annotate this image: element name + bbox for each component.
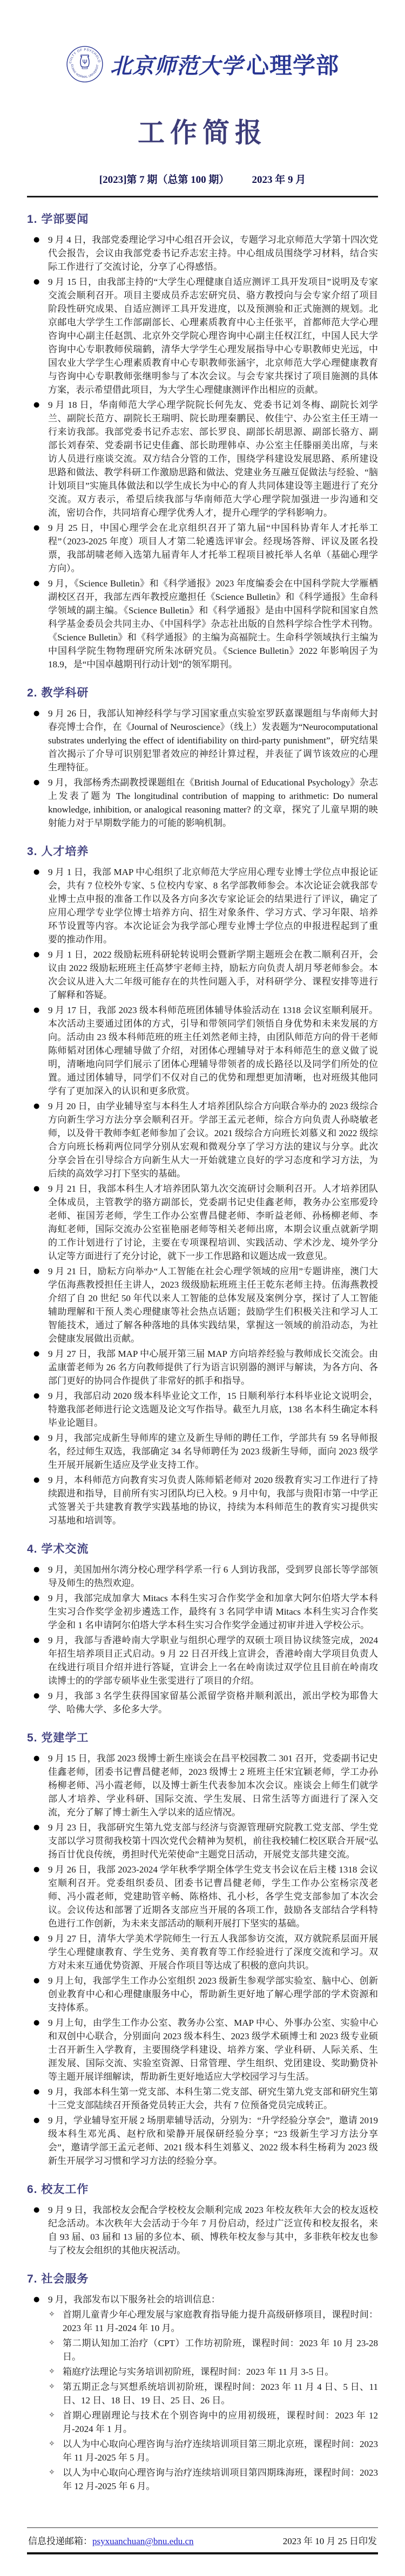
bullet-text: 9 月，我部完成新生导师库的建立及新生导师的聘任工作，学部共有 59 名导师报名… [48,1431,378,1472]
bullet-item: ●9 月 4 日，我部党委理论学习中心组召开会议，专题学习北京师范大学第十四次党… [33,233,378,274]
bullet-item: ●9 月 1 日，我部 MAP 中心组织了北京师范大学应用心理专业博士学位点申报… [33,865,378,946]
bullet-item: ●9 月，我部完成新生导师库的建立及新生导师的聘任工作，学部共有 59 名导师报… [33,1431,378,1472]
bullet-item: ●9 月 15 日，由我部主持的“大学生心理健康自适应测评工具开发项目”说明及专… [33,275,378,397]
issue-date: 2023 年 9 月 [252,174,306,186]
diamond-icon: ✧ [49,2336,63,2363]
section-heading: 4. 学术交流 [27,1540,378,1556]
bullet-text: 9 月 1 日，2022 级励耘班科研轮转说明会暨新学期主题班会在教二顺利召开，… [48,948,378,1002]
bullet-text: 9 月 27 日，我部 MAP 中心展开第三届 MAP 方向培养经验与教师成长交… [48,1347,378,1388]
bullet-text: 9 月 27 日，清华大学美术学院师生一行五人我部参访交流，双方就院系层面开展学… [48,1932,378,1972]
footer: 信息投递邮箱：psyxuanchuan@bnu.edu.cn 2023 年 10… [27,2527,378,2554]
section-heading: 2. 教学科研 [27,684,378,700]
diamond-icon: ✧ [49,2308,63,2335]
bullet-text: 9 月 21 日，我部本科生人才培养团队第九次交流研讨会顺利召开。人才培养团队全… [48,1182,378,1263]
sub-bullet-text: 首期儿童青少年心理发展与家庭教育指导能力提升高级研修项目，课程时间：2023 年… [63,2308,378,2335]
bullet-item: ●9 月，我部完成加拿大 Mitacs 本科生实习合作奖学金和加拿大阿尔伯塔大学… [33,1591,378,1632]
university-seal-icon: FACULTY OF PSYCHOLOGY BEIJING NORMAL UNI… [66,45,104,83]
bullet-text: 9 月 17 日，我部 2023 级本科师范班团体辅导体验活动在 1318 会议… [48,1003,378,1098]
bullet-text: 9 月 9 日，我部校友会配合学校校友会顺利完成 2023 年校友秩年大会的校友… [48,2203,378,2257]
section-heading: 6. 校友工作 [27,2181,378,2197]
bullet-item: ●9 月，我部发布以下服务社会的培训信息： [33,2293,378,2306]
bullet-icon: ● [33,275,48,397]
bullet-item: ●9 月，学业辅导室开展 2 场朋辈辅导活动，分别为：“升学经验分享会”，邀请 … [33,2114,378,2168]
seal-psi-symbol: Ψ [82,58,87,66]
bullet-icon: ● [33,233,48,274]
section-heading: 5. 党建学工 [27,1729,378,1745]
section: 3. 人才培养●9 月 1 日，我部 MAP 中心组织了北京师范大学应用心理专业… [27,843,378,1527]
page-title: 工作简报 [27,111,378,150]
bullet-item: ●9 月 27 日，我部 MAP 中心展开第三届 MAP 方向培养经验与教师成长… [33,1347,378,1388]
bullet-item: ●9 月 21 日，我部本科生人才培养团队第九次交流研讨会顺利召开。人才培养团队… [33,1182,378,1263]
footer-email-link[interactable]: psyxuanchuan@bnu.edu.cn [92,2536,194,2546]
sub-bullet-item: ✧以人为中心取向心理咨询与治疗连续培训项目第三期北京班，课程时间：2023 年 … [49,2437,378,2464]
bullet-icon: ● [33,1863,48,1930]
bullet-item: ●9 月，本科师范方向教育实习负责人陈师韬老师对 2020 级教育实习工作进行了… [33,1473,378,1527]
bullet-icon: ● [33,1563,48,1590]
bullet-icon: ● [33,1347,48,1388]
bullet-text: 9 月上旬，由学生工作办公室、教务办公室、MAP 中心、外事办公室、实验中心和双… [48,2016,378,2083]
bullet-text: 9 月，我部完成加拿大 Mitacs 本科生实习合作奖学金和加拿大阿尔伯塔大学本… [48,1591,378,1632]
bulletin-page: FACULTY OF PSYCHOLOGY BEIJING NORMAL UNI… [0,0,405,2576]
bullet-icon: ● [33,1182,48,1263]
bullet-text: 9 月 4 日，我部党委理论学习中心组召开会议，专题学习北京师范大学第十四次党代… [48,233,378,274]
diamond-icon: ✧ [49,2380,63,2407]
bullet-item: ●9 月 25 日，中国心理学会在北京组织召开了第九届“中国科协青年人才托举工程… [33,521,378,575]
bullet-text: 9 月，我部 3 名学生获得国家留基公派留学资格并顺利派出，派出学校为耶鲁大学、… [48,1689,378,1716]
header-divider [27,196,378,197]
bullet-item: ●9 月，美国加州尔湾分校心理学科学系一行 6 人到访我部，受到罗良部长等学部领… [33,1563,378,1590]
footer-print-date: 2023 年 10 月 25 日印发 [283,2533,377,2547]
header-brand-row: FACULTY OF PSYCHOLOGY BEIJING NORMAL UNI… [27,45,378,83]
sub-bullet-item: ✧以人为中心取向心理咨询与治疗连续培训项目第四期珠海班，课程时间：2023 年 … [49,2466,378,2493]
section: 6. 校友工作●9 月 9 日，我部校友会配合学校校友会顺利完成 2023 年校… [27,2181,378,2257]
section: 2. 教学科研●9 月 26 日，我部认知神经科学与学习国家重点实验室罗跃嘉课题… [27,684,378,830]
bullet-icon: ● [33,707,48,774]
sections: 1. 学部要闻●9 月 4 日，我部党委理论学习中心组召开会议，专题学习北京师范… [27,210,378,2493]
bullet-item: ●9 月 17 日，我部 2023 级本科师范班团体辅导体验活动在 1318 会… [33,1003,378,1098]
bullet-text: 9 月 26 日，我部 2023-2024 学年秋季学期全体学生党支书会议在后主… [48,1863,378,1930]
bullet-icon: ● [33,1591,48,1632]
bullet-icon: ● [33,2293,48,2306]
sub-bullet-text: 以人为中心取向心理咨询与治疗连续培训项目第三期北京班，课程时间：2023 年 1… [63,2437,378,2464]
bullet-text: 9 月 23 日，我部研究生第九党支部与经济与资源管理研究院教工党支部、学生党支… [48,1821,378,1861]
bullet-text: 9 月，我部与香港岭南大学职业与组织心理学的双硕士项目协议续签完成，2024 年… [48,1634,378,1687]
bullet-item: ●9 月 18 日，华南师范大学心理学院院长何先友、党委书记刘冬梅、副院长刘学兰… [33,398,378,520]
bullet-text: 9 月，我部杨秀杰副教授课题组在《British Journal of Educ… [48,776,378,830]
bullet-text: 9 月，我部发布以下服务社会的培训信息： [48,2293,378,2306]
bullet-item: ●9 月 27 日，清华大学美术学院师生一行五人我部参访交流，双方就院系层面开展… [33,1932,378,1972]
issue-line: [2023]第 7 期（总第 100 期）2023 年 9 月 [27,172,378,186]
sub-bullet-text: 箱庭疗法理论与实务培训初阶班，课程时间：2023 年 11 月 3-5 日。 [63,2365,378,2379]
footer-contact: 信息投递邮箱：psyxuanchuan@bnu.edu.cn [28,2533,194,2547]
bullet-icon: ● [33,2203,48,2257]
bullet-item: ●9 月 26 日，我部 2023-2024 学年秋季学期全体学生党支书会议在后… [33,1863,378,1930]
bullet-text: 9 月 1 日，我部 MAP 中心组织了北京师范大学应用心理专业博士学位点申报论… [48,865,378,946]
bullet-icon: ● [33,1473,48,1527]
bullet-icon: ● [33,1099,48,1180]
issue-number: [2023]第 7 期（总第 100 期） [99,174,230,186]
bullet-text: 9 月 21 日，励耘方向举办“人工智能在社会心理学领域的应用”专题讲座，澳门大… [48,1265,378,1345]
bullet-icon: ● [33,398,48,520]
bullet-text: 9 月上旬，我部学生工作办公室组织 2023 级新生参观学部实验室、脑中心、创新… [48,1974,378,2014]
bullet-item: ●9 月 20 日，由学业辅导室与本科生人才培养团队综合方向联合举办的 2023… [33,1099,378,1180]
sub-bullet-item: ✧首期心理剧理论与技术在个别咨询中的应用初级班，课程时间：2023 年 12 月… [49,2409,378,2436]
sub-bullet-item: ✧第五期正念与冥想系统培训初阶班，课程时间：2023 年 11 月 4 日、5 … [49,2380,378,2407]
bullet-item: ●9 月，我部启动 2020 级本科毕业论文工作，15 日顺利举行本科毕业论文说… [33,1389,378,1430]
sub-bullet-item: ✧第二期认知加工治疗（CPT）工作坊初阶班，课程时间：2023 年 10 月 2… [49,2336,378,2363]
sub-bullet-text: 第二期认知加工治疗（CPT）工作坊初阶班，课程时间：2023 年 10 月 23… [63,2336,378,2363]
bullet-item: ●9 月，我部与香港岭南大学职业与组织心理学的双硕士项目协议续签完成，2024 … [33,1634,378,1687]
sub-bullet-text: 第五期正念与冥想系统培训初阶班，课程时间：2023 年 11 月 4 日、5 日… [63,2380,378,2407]
bullet-icon: ● [33,1974,48,2014]
bullet-icon: ● [33,1932,48,1972]
diamond-icon: ✧ [49,2466,63,2493]
bullet-icon: ● [33,2085,48,2112]
bullet-text: 9 月 15 日，我部 2023 级博士新生座谈会在昌平校园教二 301 召开，… [48,1752,378,1819]
bullet-icon: ● [33,1752,48,1819]
bullet-icon: ● [33,948,48,1002]
org-name-calligraphy: 北京师范大学 [110,49,243,80]
section-heading: 1. 学部要闻 [27,210,378,227]
bullet-icon: ● [33,1689,48,1716]
bullet-item: ●9 月上旬，我部学生工作办公室组织 2023 级新生参观学部实验室、脑中心、创… [33,1974,378,2014]
bullet-text: 9 月 15 日，由我部主持的“大学生心理健康自适应测评工具开发项目”说明及专家… [48,275,378,397]
bullet-icon: ● [33,776,48,830]
bullet-icon: ● [33,521,48,575]
section: 7. 社会服务●9 月，我部发布以下服务社会的培训信息：✧首期儿童青少年心理发展… [27,2270,378,2493]
bullet-item: ●9 月 26 日，我部认知神经科学与学习国家重点实验室罗跃嘉课题组与华南师大封… [33,707,378,774]
bullet-icon: ● [33,1821,48,1861]
bullet-icon: ● [33,1634,48,1687]
bullet-text: 9 月，《Science Bulletin》和《科学通报》2023 年度编委会在… [48,577,378,671]
bullet-text: 9 月，学业辅导室开展 2 场朋辈辅导活动，分别为：“升学经验分享会”，邀请 2… [48,2114,378,2168]
bullet-text: 9 月 25 日，中国心理学会在北京组织召开了第九届“中国科协青年人才托举工程”… [48,521,378,575]
diamond-icon: ✧ [49,2437,63,2464]
bullet-item: ●9 月 21 日，励耘方向举办“人工智能在社会心理学领域的应用”专题讲座，澳门… [33,1265,378,1345]
bullet-text: 9 月 18 日，华南师范大学心理学院院长何先友、党委书记刘冬梅、副院长刘学兰、… [48,398,378,520]
bullet-text: 9 月 26 日，我部认知神经科学与学习国家重点实验室罗跃嘉课题组与华南师大封春… [48,707,378,774]
section: 4. 学术交流●9 月，美国加州尔湾分校心理学科学系一行 6 人到访我部，受到罗… [27,1540,378,1716]
footer-bottom-divider [27,2552,378,2554]
org-wordmark: 北京师范大学 心理学部 [110,48,339,80]
bullet-icon: ● [33,1003,48,1098]
sub-bullet-item: ✧箱庭疗法理论与实务培训初阶班，课程时间：2023 年 11 月 3-5 日。 [49,2365,378,2379]
bullet-icon: ● [33,1265,48,1345]
bullet-item: ●9 月上旬，由学生工作办公室、教务办公室、MAP 中心、外事办公室、实验中心和… [33,2016,378,2083]
bullet-text: 9 月，美国加州尔湾分校心理学科学系一行 6 人到访我部，受到罗良部长等学部领导… [48,1563,378,1590]
diamond-icon: ✧ [49,2409,63,2436]
bullet-icon: ● [33,2016,48,2083]
bullet-text: 9 月，我部启动 2020 级本科毕业论文工作，15 日顺利举行本科毕业论文说明… [48,1389,378,1430]
bullet-item: ●9 月 23 日，我部研究生第九党支部与经济与资源管理研究院教工党支部、学生党… [33,1821,378,1861]
bullet-icon: ● [33,1431,48,1472]
org-name-bold: 心理学部 [246,48,339,80]
section-heading: 7. 社会服务 [27,2270,378,2286]
bullet-text: 9 月 20 日，由学业辅导室与本科生人才培养团队综合方向联合举办的 2023 … [48,1099,378,1180]
diamond-icon: ✧ [49,2365,63,2379]
bullet-icon: ● [33,577,48,671]
sub-bullet-text: 首期心理剧理论与技术在个别咨询中的应用初级班，课程时间：2023 年 12 月-… [63,2409,378,2436]
bullet-icon: ● [33,865,48,946]
bullet-text: 9 月，本科师范方向教育实习负责人陈师韬老师对 2020 级教育实习工作进行了持… [48,1473,378,1527]
bullet-item: ●9 月，我部本科生第一党支部、本科生第二党支部、研究生第九党支部和研究生第十三… [33,2085,378,2112]
bullet-icon: ● [33,2114,48,2168]
bullet-text: 9 月，我部本科生第一党支部、本科生第二党支部、研究生第九党支部和研究生第十三党… [48,2085,378,2112]
footer-row: 信息投递邮箱：psyxuanchuan@bnu.edu.cn 2023 年 10… [27,2528,378,2552]
sub-bullet-text: 以人为中心取向心理咨询与治疗连续培训项目第四期珠海班，课程时间：2023 年 1… [63,2466,378,2493]
bullet-icon: ● [33,1389,48,1430]
bullet-item: ●9 月，《Science Bulletin》和《科学通报》2023 年度编委会… [33,577,378,671]
bullet-item: ●9 月 1 日，2022 级励耘班科研轮转说明会暨新学期主题班会在教二顺利召开… [33,948,378,1002]
section-heading: 3. 人才培养 [27,843,378,859]
bullet-item: ●9 月 9 日，我部校友会配合学校校友会顺利完成 2023 年校友秩年大会的校… [33,2203,378,2257]
sub-bullet-item: ✧首期儿童青少年心理发展与家庭教育指导能力提升高级研修项目，课程时间：2023 … [49,2308,378,2335]
footer-email-label: 信息投递邮箱： [28,2536,92,2546]
section: 1. 学部要闻●9 月 4 日，我部党委理论学习中心组召开会议，专题学习北京师范… [27,210,378,671]
section: 5. 党建学工●9 月 15 日，我部 2023 级博士新生座谈会在昌平校园教二… [27,1729,378,2168]
bullet-item: ●9 月，我部杨秀杰副教授课题组在《British Journal of Edu… [33,776,378,830]
bullet-item: ●9 月，我部 3 名学生获得国家留基公派留学资格并顺利派出，派出学校为耶鲁大学… [33,1689,378,1716]
bullet-item: ●9 月 15 日，我部 2023 级博士新生座谈会在昌平校园教二 301 召开… [33,1752,378,1819]
